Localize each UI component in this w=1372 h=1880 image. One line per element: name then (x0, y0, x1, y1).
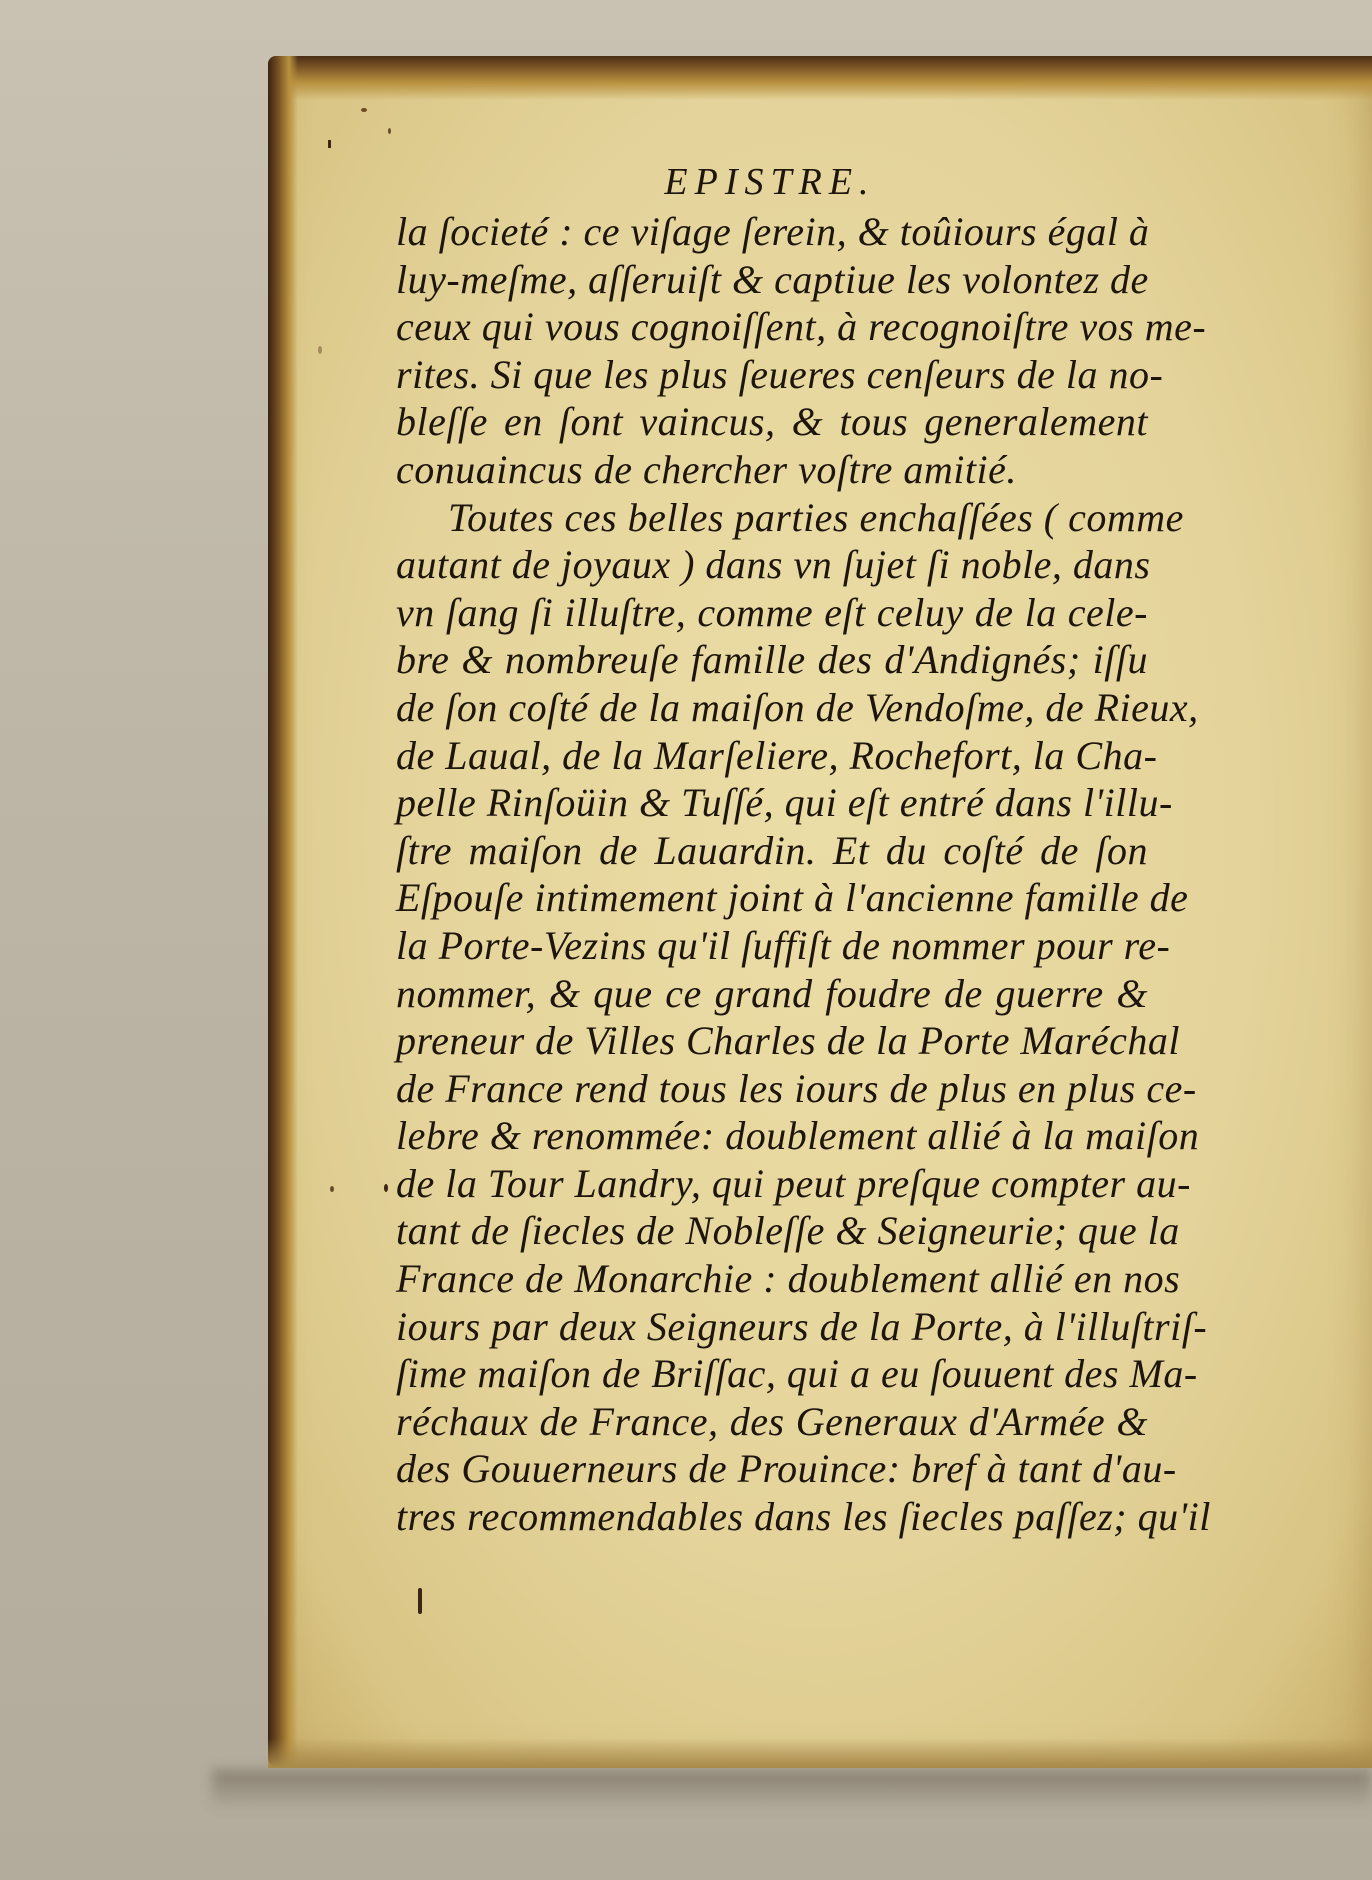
text-line: rites. Si que les plus ſeueres cenſeurs … (396, 351, 1148, 399)
text-line: conuaincus de chercher voſtre amitié. (396, 446, 1148, 494)
paragraph-start-line: Toutes ces belles parties enchaſſées ( c… (396, 494, 1148, 542)
text-line: ſtre maiſon de Lauardin. Et du coſté de … (396, 827, 1148, 875)
text-line: ceux qui vous cognoiſſent, à recognoiſtr… (396, 303, 1148, 351)
text-line: lebre & renommée: doublement allié à la … (396, 1112, 1148, 1160)
text-line: bre & nombreuſe famille des d'Andignés; … (396, 636, 1148, 684)
margin-mark (418, 1588, 422, 1614)
text-line: de France rend tous les iours de plus en… (396, 1065, 1148, 1113)
page-shadow (212, 1770, 1372, 1810)
page-bottom-edge-stain (268, 1738, 1372, 1768)
text-line: iours par deux Seigneurs de la Porte, à … (396, 1303, 1148, 1351)
margin-mark (328, 140, 331, 148)
paper-speck (388, 128, 391, 134)
text-line: nommer, & que ce grand foudre de guerre … (396, 970, 1148, 1018)
paper-speck (330, 1186, 334, 1192)
page-top-edge-stain (268, 56, 1372, 100)
text-line: pelle Rinſoüin & Tuſſé, qui eſt entré da… (396, 779, 1148, 827)
text-line: des Gouuerneurs de Prouince: bref à tant… (396, 1445, 1148, 1493)
body-text: la ſocieté : ce viſage ſerein, & toûiour… (396, 208, 1148, 1541)
text-line: vn ſang ſi illuſtre, comme eſt celuy de … (396, 589, 1148, 637)
text-line: tant de ſiecles de Nobleſſe & Seigneurie… (396, 1207, 1148, 1255)
text-line: Eſpouſe intimement joint à l'ancienne fa… (396, 874, 1148, 922)
text-line: la ſocieté : ce viſage ſerein, & toûiour… (396, 208, 1148, 256)
paper-speck (318, 346, 322, 354)
text-line: réchaux de France, des Generaux d'Armée … (396, 1398, 1148, 1446)
text-line: la Porte-Vezins qu'il ſuffiſt de nommer … (396, 922, 1148, 970)
page-left-edge-stain (268, 56, 298, 1768)
text-line: France de Monarchie : doublement allié e… (396, 1255, 1148, 1303)
text-line: de ſon coſté de la maiſon de Vendoſme, d… (396, 684, 1148, 732)
text-line: luy-meſme, aſſeruiſt & captiue les volon… (396, 256, 1148, 304)
text-line: tres recommendables dans les ſiecles paſ… (396, 1493, 1148, 1541)
running-head: EPISTRE. (640, 160, 900, 204)
text-line: autant de joyaux ) dans vn ſujet ſi nobl… (396, 541, 1148, 589)
text-line: bleſſe en ſont vaincus, & tous generalem… (396, 398, 1148, 446)
margin-mark (384, 1184, 388, 1192)
text-line: ſime maiſon de Briſſac, qui a eu ſouuent… (396, 1350, 1148, 1398)
text-line: preneur de Villes Charles de la Porte Ma… (396, 1017, 1148, 1065)
text-line: de Laual, de la Marſeliere, Rochefort, l… (396, 732, 1148, 780)
paper-speck (361, 108, 367, 112)
text-line: de la Tour Landry, qui peut preſque comp… (396, 1160, 1148, 1208)
